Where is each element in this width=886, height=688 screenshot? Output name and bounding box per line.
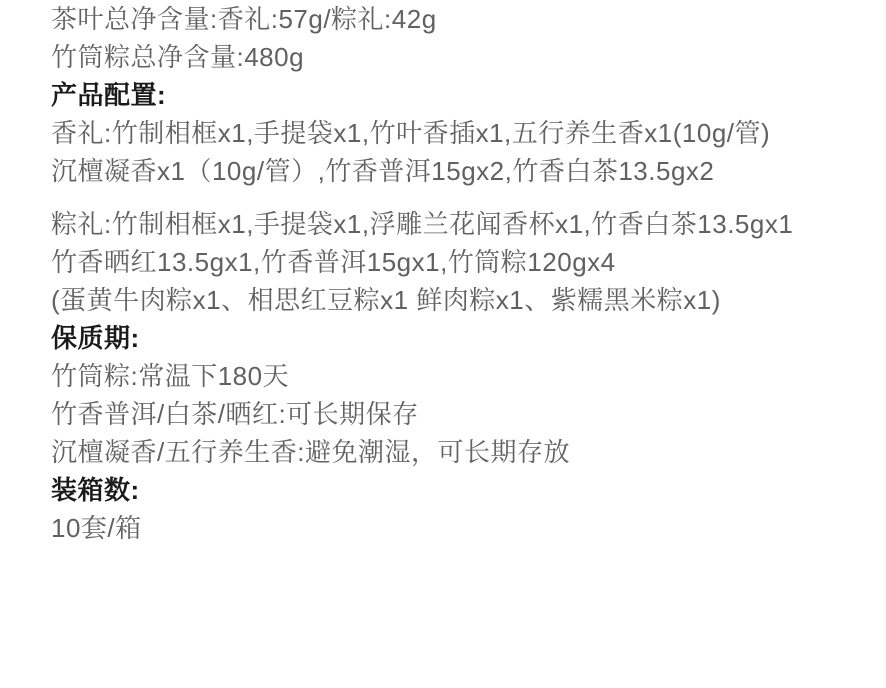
- xiangli-label: 香礼:: [51, 118, 112, 148]
- zongli-items-1: 竹制相框x1,手提袋x1,浮雕兰花闻香杯x1,竹香白茶13.5gx1: [112, 209, 794, 239]
- shelf-life-tea-line: 竹香普洱/白茶/晒红:可长期保存: [51, 395, 858, 433]
- product-info-page: 茶叶总净含量:香礼:57g/粽礼:42g 竹筒粽总净含量:480g 产品配置: …: [0, 0, 886, 688]
- zongli-config-line-2: 竹香晒红13.5gx1,竹香普洱15gx1,竹筒粽120gx4: [51, 243, 858, 281]
- shelf-life-section: 竹筒粽:常温下180天 竹香普洱/白茶/晒红:可长期保存 沉檀凝香/五行养生香:…: [51, 357, 858, 471]
- shelf-life-zongzi-line: 竹筒粽:常温下180天: [51, 357, 858, 395]
- tea-net-content-line: 茶叶总净含量:香礼:57g/粽礼:42g: [51, 0, 858, 38]
- shelf-life-incense-line: 沉檀凝香/五行养生香:避免潮湿，可长期存放: [51, 433, 858, 471]
- packing-quantity-heading: 装箱数:: [51, 471, 858, 509]
- product-config-heading: 产品配置:: [51, 76, 858, 114]
- xiangli-config-paragraph: 香礼:竹制相框x1,手提袋x1,竹叶香插x1,五行养生香x1(10g/管) 沉檀…: [51, 114, 858, 190]
- zongli-label: 粽礼:: [51, 209, 112, 239]
- zongli-config-line-1: 粽礼:竹制相框x1,手提袋x1,浮雕兰花闻香杯x1,竹香白茶13.5gx1: [51, 205, 858, 243]
- net-content-section: 茶叶总净含量:香礼:57g/粽礼:42g 竹筒粽总净含量:480g: [51, 0, 858, 76]
- shelf-life-heading: 保质期:: [51, 319, 858, 357]
- zongzi-net-content-line: 竹筒粽总净含量:480g: [51, 38, 858, 76]
- xiangli-config-line-2: 沉檀凝香x1（10g/管）,竹香普洱15gx2,竹香白茶13.5gx2: [51, 152, 858, 190]
- xiangli-config-line-1: 香礼:竹制相框x1,手提袋x1,竹叶香插x1,五行养生香x1(10g/管): [51, 114, 858, 152]
- packing-quantity-value: 10套/箱: [51, 509, 858, 547]
- xiangli-items-1: 竹制相框x1,手提袋x1,竹叶香插x1,五行养生香x1(10g/管): [112, 118, 770, 148]
- zongli-config-line-3: (蛋黄牛肉粽x1、相思红豆粽x1 鲜肉粽x1、紫糯黑米粽x1): [51, 281, 858, 319]
- zongli-config-paragraph: 粽礼:竹制相框x1,手提袋x1,浮雕兰花闻香杯x1,竹香白茶13.5gx1 竹香…: [51, 205, 858, 319]
